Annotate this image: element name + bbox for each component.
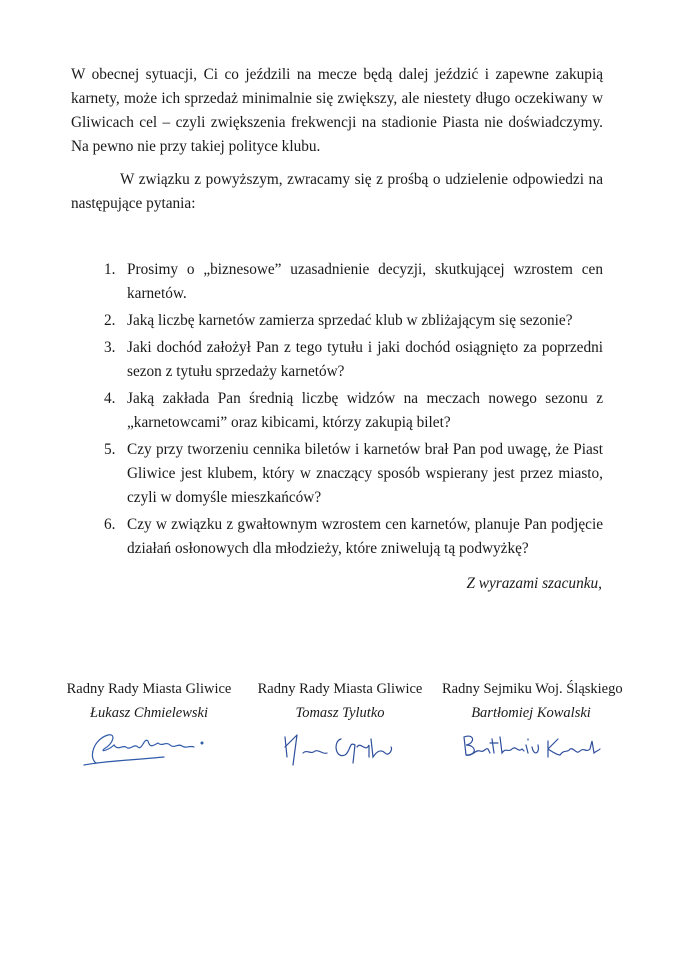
signer-chmielewski: Radny Rady Miasta Gliwice Łukasz Chmiele…: [60, 677, 238, 767]
closing-salutation: Z wyrazami szacunku,: [466, 575, 602, 593]
question-number: 1.: [104, 258, 115, 282]
question-number: 4.: [104, 387, 115, 411]
signer-kowalski: Radny Sejmiku Woj. Śląskiego Bartłomiej …: [442, 677, 620, 767]
paragraph-request: W związku z powyższym, zwracamy się z pr…: [71, 168, 603, 216]
question-item: 3.Jaki dochód założył Pan z tego tytułu …: [71, 336, 603, 384]
signature-icon: [251, 727, 429, 767]
signature-icon: [60, 727, 238, 767]
signer-name: Łukasz Chmielewski: [60, 701, 238, 725]
question-item: 4.Jaką zakłada Pan średnią liczbę widzów…: [71, 387, 603, 435]
signers-block: Radny Rady Miasta Gliwice Łukasz Chmiele…: [60, 677, 620, 767]
letter-page: W obecnej sytuacji, Ci co jeździli na me…: [0, 0, 673, 960]
signer-role: Radny Rady Miasta Gliwice: [60, 677, 238, 701]
signer-tylutko: Radny Rady Miasta Gliwice Tomasz Tylutko: [251, 677, 429, 767]
question-text: Prosimy o „biznesowe” uzasadnienie decyz…: [127, 261, 603, 302]
paragraph-situation: W obecnej sytuacji, Ci co jeździli na me…: [71, 63, 603, 159]
questions-list: 1.Prosimy o „biznesowe” uzasadnienie dec…: [71, 258, 603, 564]
signer-name: Tomasz Tylutko: [251, 701, 429, 725]
question-text: Czy w związku z gwałtownym wzrostem cen …: [127, 516, 603, 557]
question-text: Jaki dochód założył Pan z tego tytułu i …: [127, 339, 603, 380]
signer-name: Bartłomiej Kowalski: [442, 701, 620, 725]
question-item: 2.Jaką liczbę karnetów zamierza sprzedać…: [71, 309, 603, 333]
question-text: Czy przy tworzeniu cennika biletów i kar…: [127, 441, 603, 506]
question-item: 5.Czy przy tworzeniu cennika biletów i k…: [71, 438, 603, 510]
question-number: 3.: [104, 336, 115, 360]
signer-role: Radny Rady Miasta Gliwice: [251, 677, 429, 701]
question-number: 5.: [104, 438, 115, 462]
question-item: 6.Czy w związku z gwałtownym wzrostem ce…: [71, 513, 603, 561]
signer-role: Radny Sejmiku Woj. Śląskiego: [442, 677, 620, 701]
question-text: Jaką liczbę karnetów zamierza sprzedać k…: [127, 312, 573, 329]
question-text: Jaką zakłada Pan średnią liczbę widzów n…: [127, 390, 603, 431]
question-number: 2.: [104, 309, 115, 333]
question-number: 6.: [104, 513, 115, 537]
signature-icon: [442, 727, 620, 767]
question-item: 1.Prosimy o „biznesowe” uzasadnienie dec…: [71, 258, 603, 306]
